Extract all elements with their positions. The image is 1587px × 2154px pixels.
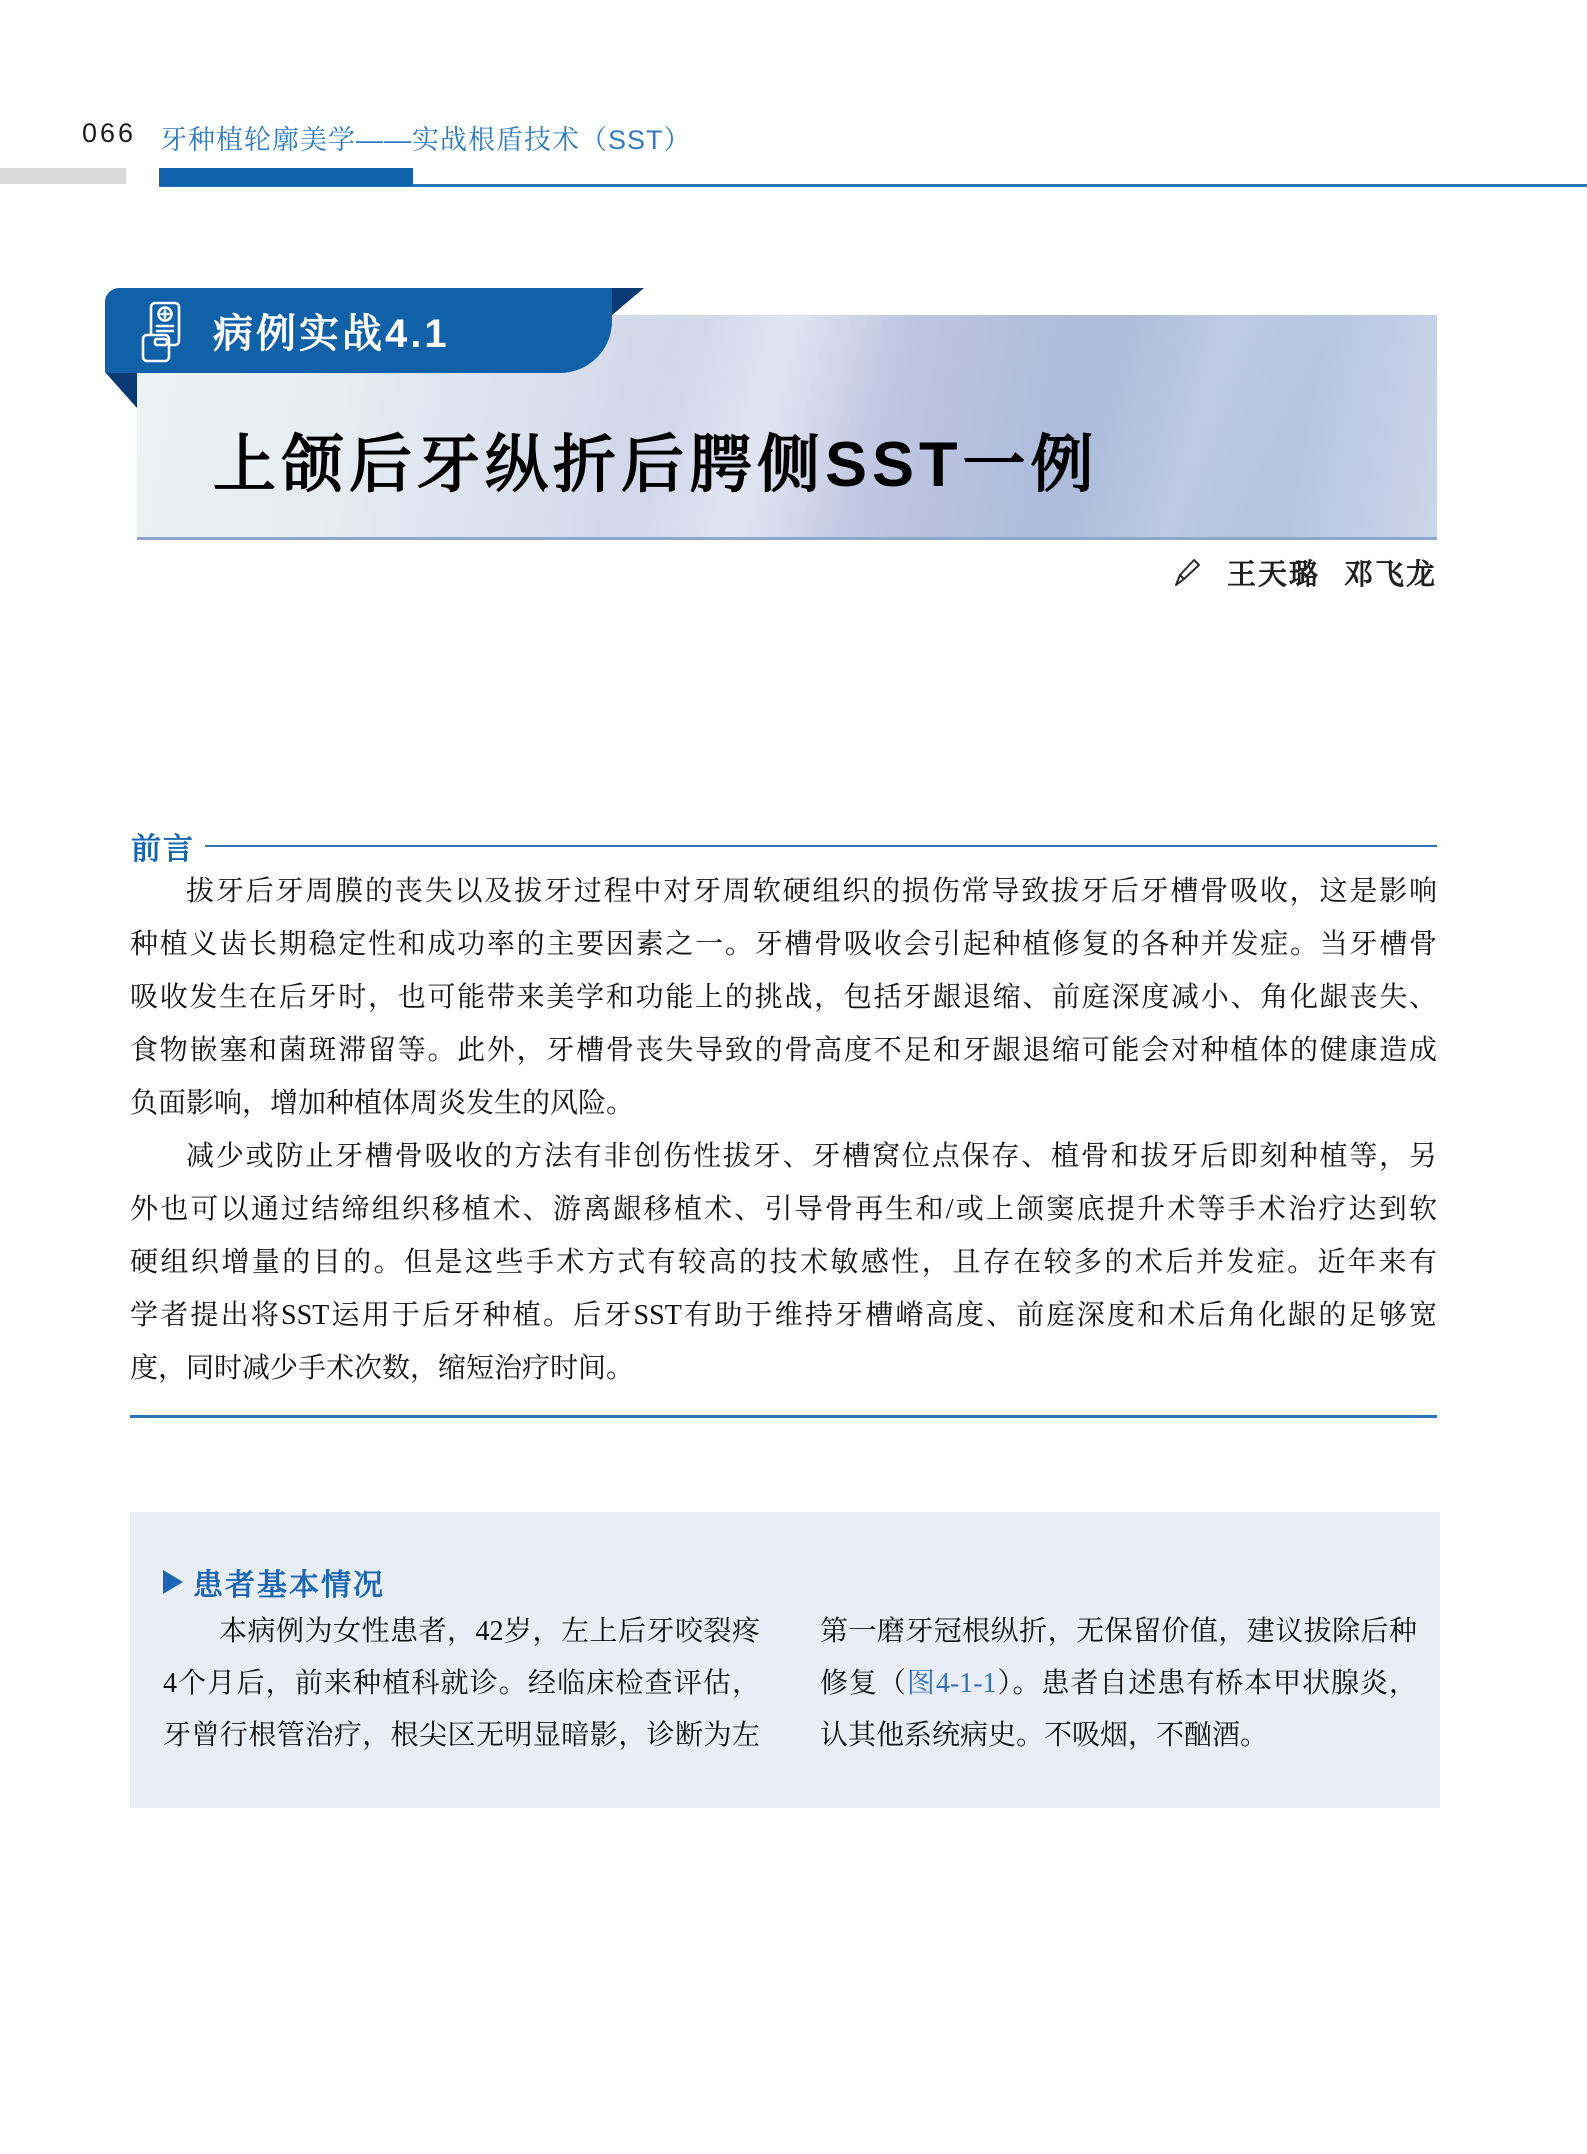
triangle-right-icon bbox=[163, 1570, 183, 1594]
section-divider-rule bbox=[130, 1415, 1437, 1418]
text-line: 修复（图4-1-1）。患者自述患有桥本甲状腺炎，否 bbox=[820, 1658, 1417, 1710]
foreword-rule bbox=[205, 845, 1437, 847]
text-line: 4个月后，前来种植科就诊。经临床检查评估，患 bbox=[163, 1658, 760, 1710]
text-line: 本病例为女性患者，42岁，左上后牙咬裂疼痛 bbox=[163, 1606, 760, 1658]
text-line: 减少或防止牙槽骨吸收的方法有非创伤性拔牙、牙槽窝位点保存、植骨和拔牙后即刻种植等… bbox=[130, 1130, 1437, 1183]
patient-info-panel: 患者基本情况 本病例为女性患者，42岁，左上后牙咬裂疼痛4个月后，前来种植科就诊… bbox=[130, 1512, 1440, 1808]
text-line: 度，同时减少手术次数，缩短治疗时间。 bbox=[130, 1342, 1437, 1395]
author-name: 王天璐 bbox=[1227, 552, 1320, 593]
text-line: 食物嵌塞和菌斑滞留等。此外，牙槽骨丧失导致的骨高度不足和牙龈退缩可能会对种植体的… bbox=[130, 1024, 1437, 1077]
banner-fold-left bbox=[105, 372, 137, 408]
document-page: 066 牙种植轮廓美学——实战根盾技术（SST） 病例实战4.1 上颌后牙纵折后… bbox=[0, 0, 1587, 2154]
header-title: 牙种植轮廓美学——实战根盾技术（SST） bbox=[160, 118, 692, 157]
case-banner: 病例实战4.1 bbox=[105, 288, 612, 373]
pen-icon bbox=[1171, 556, 1203, 588]
text-line: 种植义齿长期稳定性和成功率的主要因素之一。牙槽骨吸收会引起种植修复的各种并发症。… bbox=[130, 918, 1437, 971]
foreword-paragraphs: 拔牙后牙周膜的丧失以及拔牙过程中对牙周软硬组织的损伤常导致拔牙后牙槽骨吸收，这是… bbox=[130, 865, 1437, 1395]
case-banner-label: 病例实战4.1 bbox=[213, 288, 450, 373]
text-line: 第一磨牙冠根纵折，无保留价值，建议拔除后种植 bbox=[820, 1606, 1417, 1658]
author-name: 邓飞龙 bbox=[1344, 552, 1437, 593]
patient-section-heading: 患者基本情况 bbox=[193, 1560, 385, 1604]
text-line: 认其他系统病史。不吸烟，不酗酒。 bbox=[820, 1710, 1417, 1762]
text-segment: 修复（ bbox=[820, 1668, 907, 1699]
text-line: 负面影响，增加种植体周炎发生的风险。 bbox=[130, 1077, 1437, 1130]
text-line: 拔牙后牙周膜的丧失以及拔牙过程中对牙周软硬组织的损伤常导致拔牙后牙槽骨吸收，这是… bbox=[130, 865, 1437, 918]
patient-text-right-column: 第一磨牙冠根纵折，无保留价值，建议拔除后种植修复（图4-1-1）。患者自述患有桥… bbox=[820, 1606, 1417, 1762]
text-line: 外也可以通过结缔组织移植术、游离龈移植术、引导骨再生和/或上颌窦底提升术等手术治… bbox=[130, 1183, 1437, 1236]
banner-fold-right bbox=[611, 288, 644, 316]
article-title: 上颌后牙纵折后腭侧SST一例 bbox=[213, 414, 1099, 505]
patient-panel-header: 患者基本情况 bbox=[163, 1560, 385, 1604]
patient-text-left-column: 本病例为女性患者，42岁，左上后牙咬裂疼痛4个月后，前来种植科就诊。经临床检查评… bbox=[163, 1606, 760, 1762]
text-line: 学者提出将SST运用于后牙种植。后牙SST有助于维持牙槽嵴高度、前庭深度和术后角… bbox=[130, 1289, 1437, 1342]
foreword-heading: 前言 bbox=[131, 824, 195, 868]
header-gray-bar bbox=[0, 168, 126, 184]
text-line: 吸收发生在后牙时，也可能带来美学和功能上的挑战，包括牙龈退缩、前庭深度减小、角化… bbox=[130, 971, 1437, 1024]
header-blue-bar bbox=[159, 168, 413, 186]
figure-link[interactable]: 图4-1-1 bbox=[907, 1668, 997, 1699]
medical-record-icon bbox=[140, 301, 184, 363]
page-number: 066 bbox=[82, 118, 136, 149]
text-line: 牙曾行根管治疗，根尖区无明显暗影，诊断为左上 bbox=[163, 1710, 760, 1762]
text-line: 硬组织增量的目的。但是这些手术方式有较高的技术敏感性，且存在较多的术后并发症。近… bbox=[130, 1236, 1437, 1289]
byline: 王天璐 邓飞龙 bbox=[1171, 552, 1437, 592]
